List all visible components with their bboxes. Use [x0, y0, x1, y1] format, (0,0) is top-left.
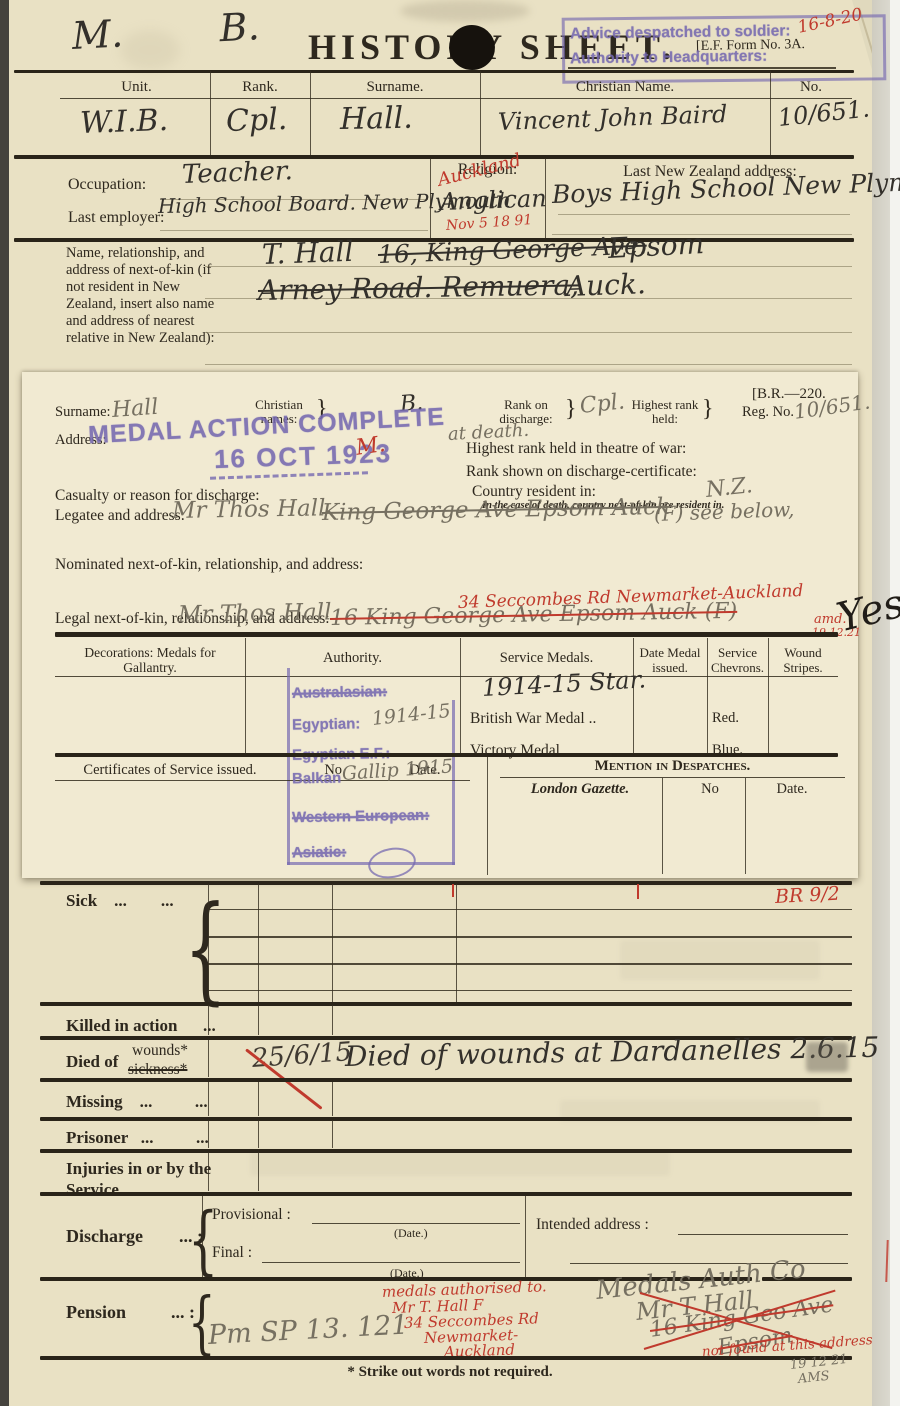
discharge-box-left — [202, 1196, 203, 1277]
bleed-through — [250, 1150, 670, 1176]
medals-header-underline — [55, 676, 838, 677]
stamp-underline — [568, 67, 836, 69]
certificates-label: Certificates of Service issued. — [60, 762, 280, 779]
col-header-no: No. — [770, 79, 852, 96]
service-number-value: 10/651. — [777, 94, 871, 131]
mention-underline — [500, 777, 845, 778]
discharge-box-divider — [525, 1196, 526, 1277]
advice-stamp-line2: Authority to Headquarters: — [570, 48, 767, 69]
occupation-value: Teacher. — [181, 156, 293, 190]
sick-grid-vline — [456, 884, 457, 1002]
row-vline — [258, 1005, 259, 1035]
row-vline — [258, 1152, 259, 1191]
top-left-initials: M. B. — [71, 4, 261, 58]
nok-suburb: Epsom — [607, 227, 705, 265]
medals-col-divider — [633, 638, 634, 753]
pension-reference: Pm SP 13. 121 — [207, 1310, 409, 1351]
pension-label: Pension ... : — [66, 1302, 195, 1323]
chevron-red: Red. — [712, 710, 739, 727]
christian-name-value: Vincent John Baird — [498, 100, 728, 136]
col-header-rank: Rank. — [210, 79, 310, 96]
nok-line — [205, 364, 852, 365]
rank-value: Cpl. — [225, 102, 287, 139]
provisional-label: Provisional : — [212, 1206, 291, 1224]
medals-header-authority: Authority. — [245, 650, 460, 667]
sick-grid-vline — [208, 884, 209, 1002]
nok-line — [205, 332, 852, 333]
final-label: Final : — [212, 1244, 252, 1262]
row-vline — [208, 1082, 209, 1116]
mention-header: Mention in Despatches. — [500, 758, 845, 775]
br220-highest-rank-label: Highest rank held: — [628, 398, 702, 426]
br220-cert-rank-label: Rank shown on discharge-certificate: — [466, 463, 697, 481]
address-line — [558, 214, 850, 215]
last-employer-label: Last employer: — [68, 209, 164, 227]
br220-rank-discharge-value: Cpl. — [579, 389, 626, 419]
medals-header-service-medals: Service Medals. — [460, 650, 633, 667]
sick-label: Sick ... ... — [66, 891, 174, 911]
medals-col-divider — [768, 638, 769, 753]
legal-name: Mr Thos Hall — [178, 599, 332, 628]
br220-section-bar — [55, 632, 838, 637]
row-vline — [208, 1005, 209, 1035]
scan-edge-right-white — [890, 0, 900, 1406]
br220-theatre-label: Highest rank held in theatre of war: — [466, 440, 686, 458]
scan-edge-right-gray — [872, 0, 890, 1406]
br220-nominated-label: Nominated next-of-kin, relationship, and… — [55, 556, 363, 574]
authority-stamp-left-border — [287, 668, 290, 865]
id-header-underline — [60, 98, 852, 99]
provisional-line — [312, 1223, 520, 1224]
paper-stain — [400, 0, 530, 22]
mention-divider — [745, 778, 746, 874]
nok-address-2-tail: Auck. — [565, 267, 646, 303]
mention-date-label: Date. — [752, 781, 832, 798]
row-vline — [208, 1040, 209, 1077]
id-col-divider — [310, 71, 311, 155]
certificates-balkan: Balkan — [292, 770, 341, 788]
unit-value: W.I.B. — [79, 103, 168, 141]
nok-name: T. Hall — [261, 235, 353, 271]
sick-grid-hline — [208, 963, 852, 965]
discharge-label: Discharge ... : — [66, 1226, 203, 1247]
occupation-label: Occupation: — [68, 176, 146, 194]
intended-address-line — [678, 1234, 848, 1235]
id-col-divider — [210, 71, 211, 155]
died-option-sickness: sickness* — [128, 1061, 187, 1079]
certificates-asiatic: Asiatic: — [292, 844, 346, 862]
row-vline — [258, 1082, 259, 1116]
mention-no-label: No — [680, 781, 740, 798]
missing-label: Missing ... ... — [66, 1092, 208, 1112]
legatee-name: Mr Thos Hall — [172, 495, 326, 524]
died-date-annotation: 25/6/15 — [251, 1037, 353, 1074]
row-vline — [332, 1082, 333, 1116]
died-bottom-rule — [40, 1078, 852, 1082]
strike-out-footnote: * Strike out words not required. — [300, 1364, 600, 1381]
brace-glyph: } — [565, 396, 577, 423]
id-table-bottom-rule — [14, 155, 854, 159]
legatee-tail: (F) see below, — [654, 497, 795, 526]
medal-action-stamp-initials: M. — [354, 432, 387, 461]
row-vline — [332, 1120, 333, 1148]
row-vline — [208, 1152, 209, 1191]
id-col-divider — [480, 71, 481, 155]
sick-top-rule — [40, 881, 852, 885]
row-vline — [332, 1005, 333, 1035]
sick-grid-hline — [208, 909, 852, 910]
nok-address-2-struck: Arney Road. Remuera, — [258, 268, 580, 307]
intended-address-label: Intended address : — [536, 1216, 649, 1234]
red-tick — [452, 884, 454, 897]
employer-line — [160, 230, 428, 231]
mention-gazette-label: London Gazette. — [505, 781, 655, 798]
row-vline — [208, 1120, 209, 1148]
smudge-mark — [806, 1042, 848, 1072]
br220-reg-no-label: Reg. No. — [742, 404, 794, 421]
br220-legatee-label: Legatee and address: — [55, 507, 185, 525]
died-of-label: Died of — [66, 1052, 118, 1072]
corner-initials-note: AMS — [797, 1369, 830, 1387]
sick-brace: { — [184, 880, 227, 1017]
scan-edge-left — [0, 0, 9, 1406]
col-header-unit: Unit. — [63, 79, 210, 96]
injuries-bottom-rule — [40, 1192, 852, 1196]
certificates-western-european: Western European: — [292, 807, 430, 826]
died-option-wounds: wounds* — [132, 1042, 188, 1060]
red-tick — [637, 884, 639, 899]
row-vline — [258, 1120, 259, 1148]
bleed-through — [620, 940, 820, 980]
authority-egyptian: Egyptian: — [292, 715, 361, 733]
provisional-date-note: (Date.) — [394, 1226, 428, 1241]
surname-value: Hall. — [340, 101, 413, 137]
sick-bottom-rule — [40, 1002, 852, 1006]
missing-bottom-rule — [40, 1117, 852, 1121]
authority-australasian: Australasian: — [292, 683, 387, 702]
sick-grid-hline — [208, 936, 852, 938]
prisoner-label: Prisoner ... ... — [66, 1128, 209, 1148]
sick-grid-vline — [258, 884, 259, 1002]
medals-header-decorations: Decorations: Medals for Gallantry. — [60, 645, 240, 675]
pension-bottom-rule — [40, 1356, 852, 1360]
history-sheet-document: M. B. HISTORY SHEET. [E.F. Form No. 3A. … — [0, 0, 900, 1406]
id-col-divider — [770, 71, 771, 155]
certificates-divider — [487, 757, 488, 875]
next-of-kin-label: Name, relationship, and address of next-… — [66, 245, 218, 347]
sick-grid-vline — [332, 884, 333, 1002]
final-line — [262, 1262, 520, 1263]
sick-grid-hline — [208, 990, 852, 991]
medals-header-chevrons: Service Chevrons. — [708, 645, 767, 675]
medals-header-wound-stripes: Wound Stripes. — [770, 645, 836, 675]
col-header-surname: Surname. — [310, 79, 480, 96]
sick-red-note: BR 9/2 — [774, 883, 840, 908]
authority-stamp-right-border — [452, 700, 455, 865]
killed-in-action-label: Killed in action ... — [66, 1016, 216, 1036]
advice-stamp-line1: Advice despatched to soldier: — [570, 22, 791, 43]
col-header-christian-name: Christian Name. — [480, 79, 770, 96]
br220-surname-label: Surname: — [55, 404, 111, 421]
mention-divider — [662, 778, 663, 874]
prisoner-bottom-rule — [40, 1149, 852, 1153]
medal-british-war: British War Medal .. — [470, 710, 596, 728]
brace-glyph: } — [702, 396, 714, 423]
title-rule — [14, 70, 854, 73]
